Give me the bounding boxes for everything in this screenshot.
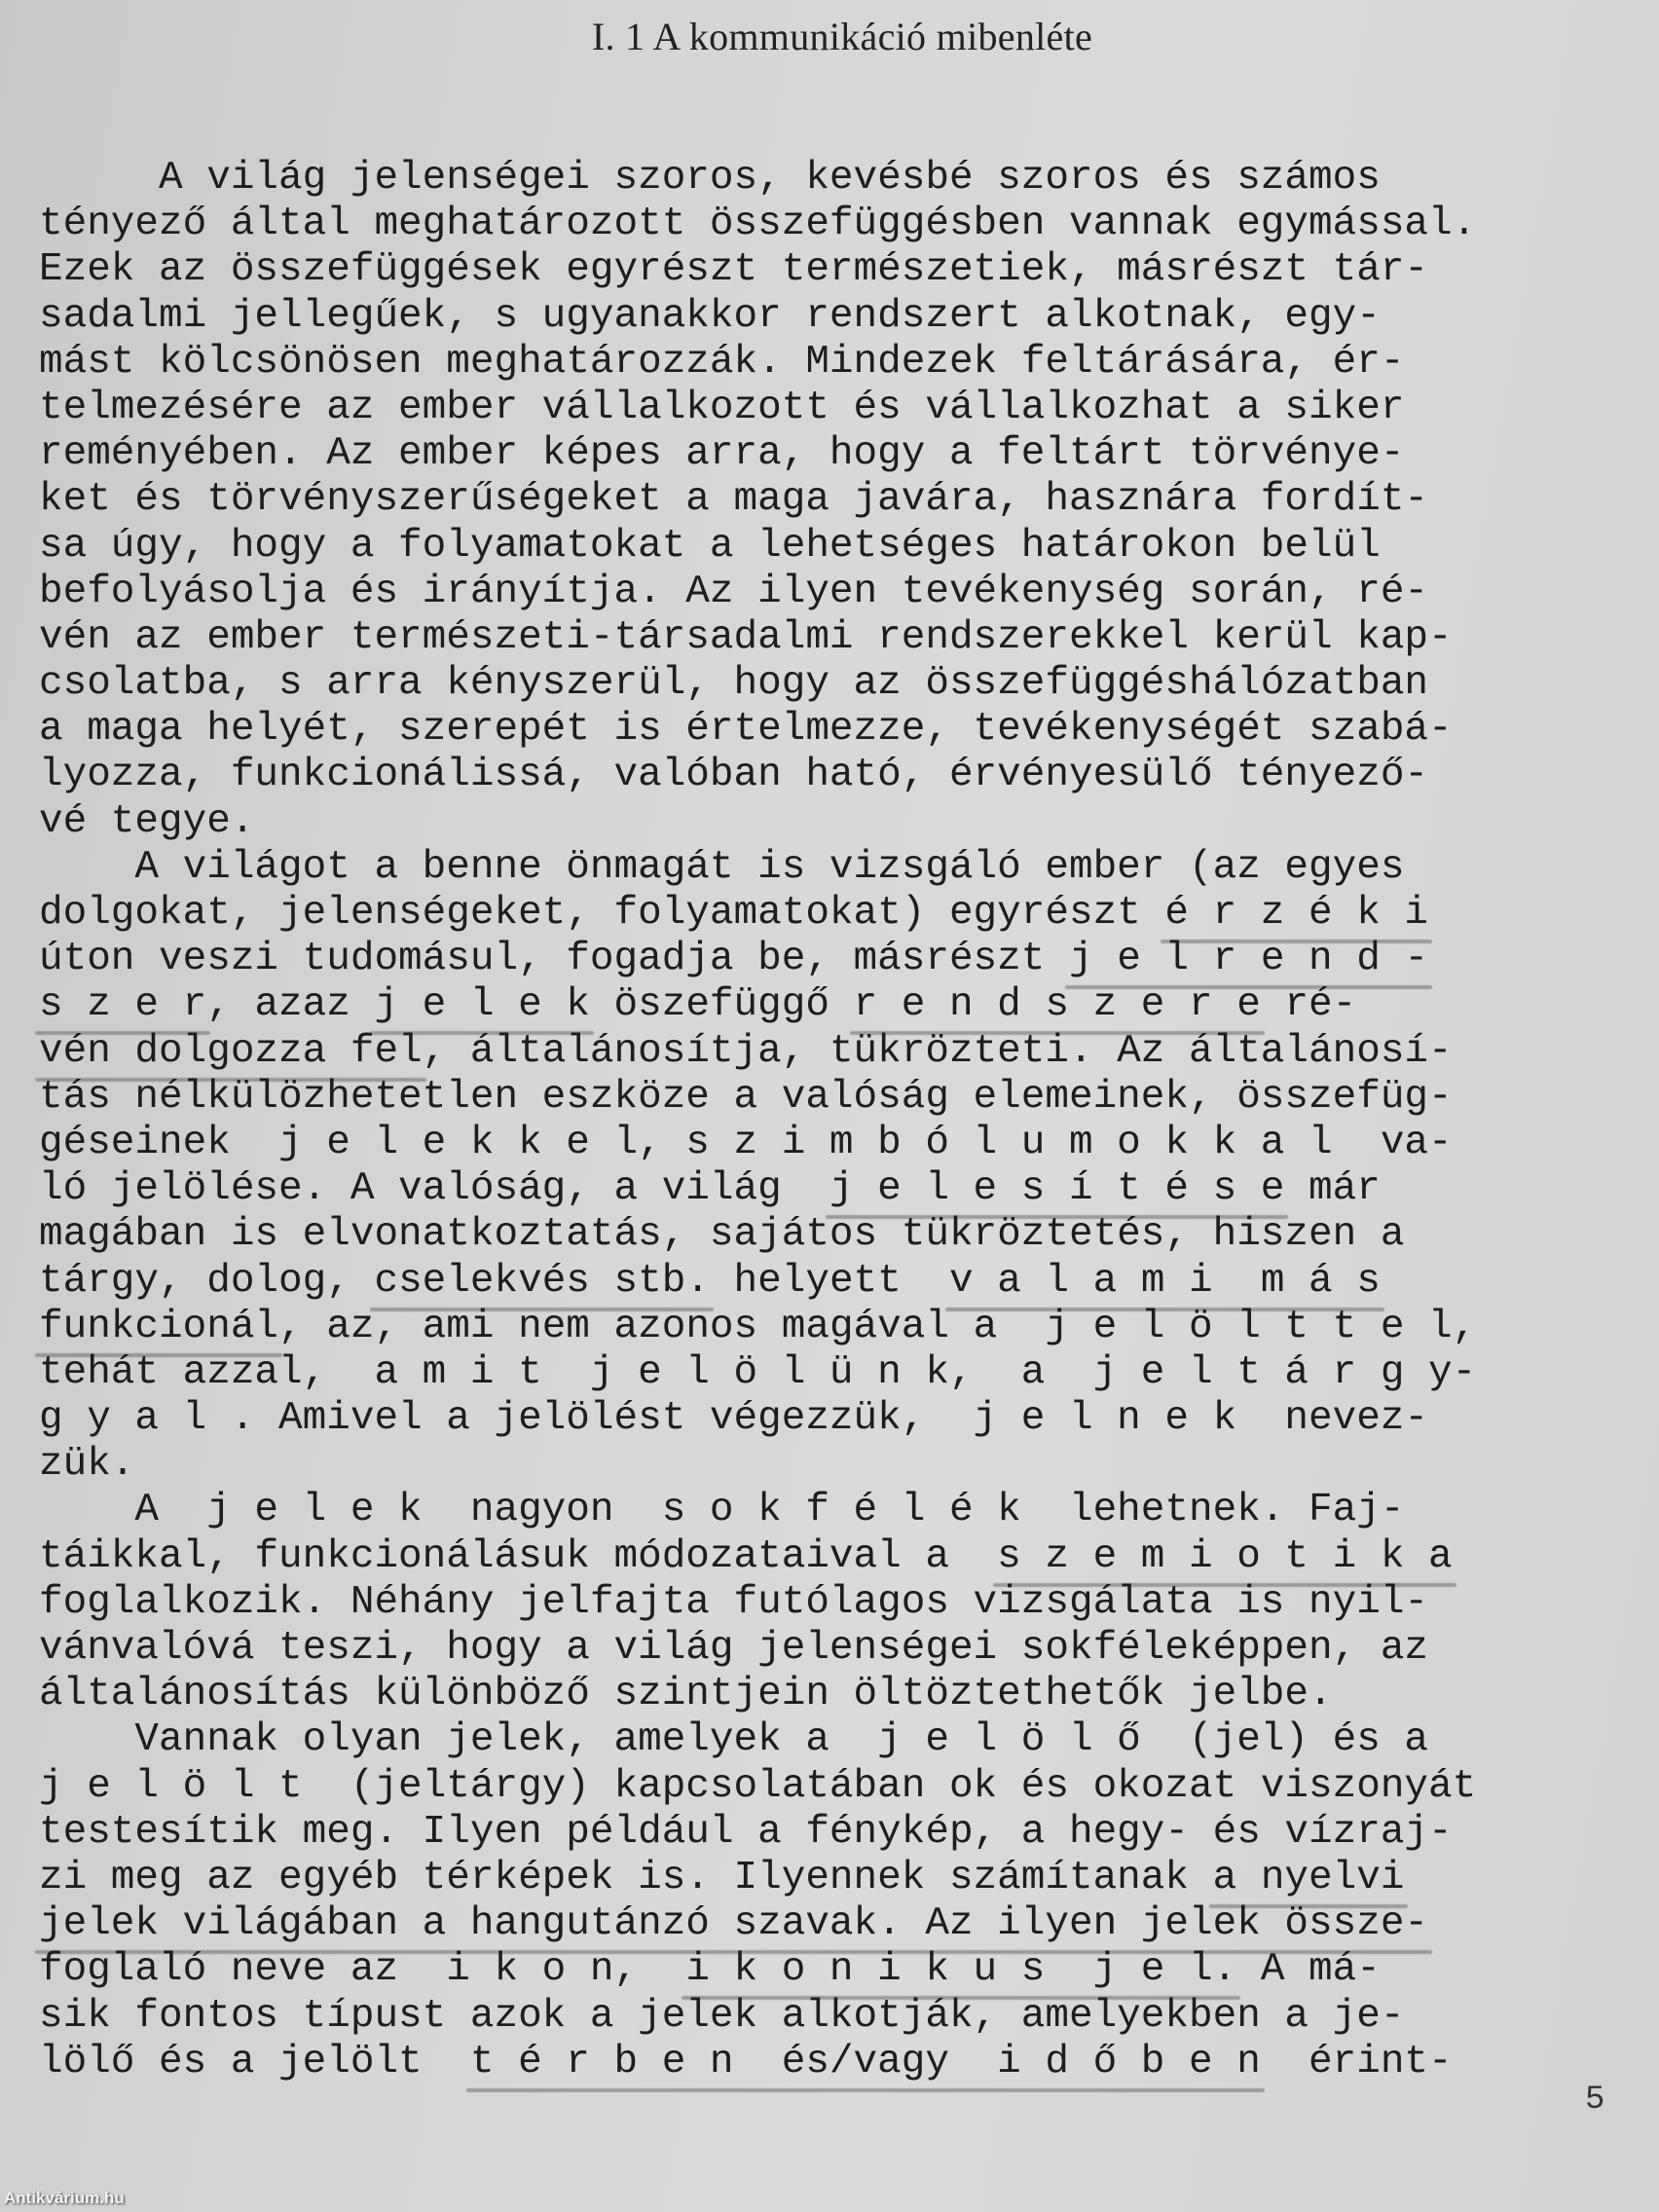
text-segment: vé tegye. xyxy=(39,799,254,844)
text-line: foglalkozik. Néhány jelfajta futólagos v… xyxy=(39,1580,1655,1626)
text-line: zi meg az egyéb térképek is. Ilyennek sz… xyxy=(39,1856,1655,1901)
text-line: lölő és a jelölt t é r b e n és/vagy i d… xyxy=(39,2040,1655,2085)
text-segment: dolgokat, jelenségeket, folyamatokat) eg… xyxy=(39,891,1164,936)
text-segment: helyett xyxy=(710,1259,949,1304)
text-segment: tás nélkülözhetetlen eszköze a valóság e… xyxy=(39,1075,1453,1120)
text-segment: zi meg az egyéb térképek is. Ilyennek sz… xyxy=(39,1856,1213,1900)
text-segment: ló jelölése. A valóság, a világ xyxy=(39,1166,829,1211)
text-line: vén dolgozza fel, általánosítja, tükrözt… xyxy=(39,1029,1655,1075)
text-line: A világot a benne önmagát is vizsgáló em… xyxy=(39,845,1655,891)
text-segment: a maga helyét, szerepét is értelmezze, t… xyxy=(39,707,1453,752)
text-segment: testesítik meg. Ilyen például a fénykép,… xyxy=(39,1810,1453,1855)
pencil-underline: t é r b e n és/vagy i d ő b e n xyxy=(470,2040,1261,2084)
text-segment: már xyxy=(1284,1166,1380,1211)
text-segment: , azaz xyxy=(206,982,374,1027)
text-line: foglaló neve az i k o n, i k o n i k u s… xyxy=(39,1947,1655,1993)
text-segment: tehát azzal, a m i t j e l ö l ü n k, a … xyxy=(39,1350,1476,1395)
text-line: befolyásolja és irányítja. Az ilyen tevé… xyxy=(39,570,1655,615)
text-segment: úton veszi tudomásul, fogadja be, másrés… xyxy=(39,937,1069,981)
text-segment: A j e l e k nagyon s o k f é l é k lehet… xyxy=(39,1488,1404,1532)
text-line: sadalmi jellegűek, s ugyanakkor rendszer… xyxy=(39,294,1655,340)
text-segment: ket és törvényszerűségeket a maga javára… xyxy=(39,477,1428,522)
text-line: géseinek j e l e k k e l, s z i m b ó l … xyxy=(39,1121,1655,1166)
pencil-underline: s z e m i o t i k a xyxy=(997,1534,1452,1579)
pencil-underline: j e l e k xyxy=(374,982,589,1027)
text-segment: vén az ember természeti-társadalmi rends… xyxy=(39,615,1453,660)
text-segment: ré- xyxy=(1261,982,1356,1027)
text-segment: öszefüggő xyxy=(590,982,854,1027)
pencil-underline: j e l e s í t é s e xyxy=(829,1166,1284,1211)
text-segment: foglaló neve az i k o n, xyxy=(39,1947,685,1992)
text-line: jelek világában a hangutánzó szavak. Az … xyxy=(39,1901,1655,1947)
pencil-underline: é r z é k i xyxy=(1164,891,1428,936)
text-line: táikkal, funkcionálásuk módozataival a s… xyxy=(39,1534,1655,1580)
text-line: zük. xyxy=(39,1442,1655,1488)
text-segment: A világ jelenségei szoros, kevésbé szoro… xyxy=(39,156,1381,201)
text-line: reményében. Az ember képes arra, hogy a … xyxy=(39,431,1655,477)
text-line: Ezek az összefüggések egyrészt természet… xyxy=(39,247,1655,293)
text-line: lyozza, funkcionálissá, valóban ható, ér… xyxy=(39,753,1655,798)
chapter-title: I. 1 A kommunikáció mibenléte xyxy=(0,14,1659,59)
text-line: funkcionál, az, ami nem azonos magával a… xyxy=(39,1305,1655,1350)
pencil-underline: j e l r e n d - xyxy=(1069,937,1428,981)
text-line: telmezésére az ember vállalkozott és vál… xyxy=(39,386,1655,431)
text-segment: , az, ami nem azonos magával a j e l ö l… xyxy=(278,1305,1476,1349)
pencil-underline: funkcionál xyxy=(39,1305,278,1349)
pencil-underline: cselekvés stb. xyxy=(374,1259,709,1304)
text-segment: érint- xyxy=(1261,2040,1453,2084)
text-line: mást kölcsönösen meghatározzák. Mindezek… xyxy=(39,340,1655,386)
text-segment: sik fontos típust azok a jelek alkotják,… xyxy=(39,1994,1404,2039)
text-segment: géseinek j e l e k k e l, s z i m b ó l … xyxy=(39,1121,1453,1165)
text-line: A j e l e k nagyon s o k f é l é k lehet… xyxy=(39,1488,1655,1533)
pencil-underline: i k o n i k u s j e l. xyxy=(685,1947,1236,1992)
pencil-underline: s z e r xyxy=(39,982,206,1027)
text-segment: foglalkozik. Néhány jelfajta futólagos v… xyxy=(39,1580,1428,1625)
text-segment: sa úgy, hogy a folyamatokat a lehetséges… xyxy=(39,524,1381,569)
text-line: tényező által meghatározott összefüggésb… xyxy=(39,202,1655,247)
text-segment: , általánosítja, tükrözteti. Az általáno… xyxy=(423,1029,1453,1074)
text-segment: lyozza, funkcionálissá, valóban ható, ér… xyxy=(39,753,1428,797)
text-segment: Vannak olyan jelek, amelyek a j e l ö l … xyxy=(39,1717,1428,1762)
watermark-logo: Antikvárium.hu xyxy=(4,2189,125,2208)
text-line: ló jelölése. A valóság, a világ j e l e … xyxy=(39,1166,1655,1212)
text-segment: táikkal, funkcionálásuk módozataival a xyxy=(39,1534,997,1579)
text-segment: A világot a benne önmagát is vizsgáló em… xyxy=(39,845,1404,890)
text-line: a maga helyét, szerepét is értelmezze, t… xyxy=(39,707,1655,753)
page-number: 5 xyxy=(1585,2082,1604,2119)
pencil-underline: jelek világában a hangutánzó szavak. Az … xyxy=(39,1901,1428,1946)
text-segment: j e l ö l t (jeltárgy) kapcsolatában ok … xyxy=(39,1764,1476,1809)
text-line: testesítik meg. Ilyen például a fénykép,… xyxy=(39,1810,1655,1856)
text-segment: tárgy, dolog, xyxy=(39,1259,374,1304)
text-segment: mást kölcsönösen meghatározzák. Mindezek… xyxy=(39,340,1404,385)
text-segment: befolyásolja és irányítja. Az ilyen tevé… xyxy=(39,570,1428,614)
text-line: dolgokat, jelenségeket, folyamatokat) eg… xyxy=(39,891,1655,937)
text-line: vé tegye. xyxy=(39,799,1655,845)
text-line: magában is elvonatkoztatás, sajátos tükr… xyxy=(39,1212,1655,1258)
text-line: ket és törvényszerűségeket a maga javára… xyxy=(39,477,1655,523)
text-line: csolatba, s arra kényszerül, hogy az öss… xyxy=(39,661,1655,707)
text-line: általánosítás különböző szintjein öltözt… xyxy=(39,1672,1655,1717)
text-line: tárgy, dolog, cselekvés stb. helyett v a… xyxy=(39,1259,1655,1305)
text-segment: zük. xyxy=(39,1442,134,1487)
text-line: úton veszi tudomásul, fogadja be, másrés… xyxy=(39,937,1655,982)
text-line: Vannak olyan jelek, amelyek a j e l ö l … xyxy=(39,1717,1655,1763)
text-segment: vánvalóvá teszi, hogy a világ jelenségei… xyxy=(39,1626,1428,1671)
text-segment: g y a l . Amivel a jelölést végezzük, j … xyxy=(39,1396,1428,1441)
text-line: s z e r, azaz j e l e k öszefüggő r e n … xyxy=(39,982,1655,1028)
text-segment: sadalmi jellegűek, s ugyanakkor rendszer… xyxy=(39,294,1381,339)
text-segment: magában is elvonatkoztatás, sajátos tükr… xyxy=(39,1212,1404,1257)
text-line: A világ jelenségei szoros, kevésbé szoro… xyxy=(39,156,1655,202)
text-line: sa úgy, hogy a folyamatokat a lehetséges… xyxy=(39,524,1655,570)
text-line: vánvalóvá teszi, hogy a világ jelenségei… xyxy=(39,1626,1655,1672)
pencil-underline: vén dolgozza fel xyxy=(39,1029,423,1074)
text-segment: tényező által meghatározott összefüggésb… xyxy=(39,202,1476,246)
pencil-underline: a nyelvi xyxy=(1213,1856,1405,1900)
text-line: vén az ember természeti-társadalmi rends… xyxy=(39,615,1655,661)
text-line: j e l ö l t (jeltárgy) kapcsolatában ok … xyxy=(39,1764,1655,1810)
text-segment: A má- xyxy=(1236,1947,1381,1992)
text-segment: lölő és a jelölt xyxy=(39,2040,470,2084)
pencil-underline: v a l a m i m á s xyxy=(949,1259,1381,1304)
text-line: g y a l . Amivel a jelölést végezzük, j … xyxy=(39,1396,1655,1442)
text-segment: általánosítás különböző szintjein öltözt… xyxy=(39,1672,1333,1716)
text-segment: csolatba, s arra kényszerül, hogy az öss… xyxy=(39,661,1428,706)
text-segment: reményében. Az ember képes arra, hogy a … xyxy=(39,431,1404,476)
text-line: tehát azzal, a m i t j e l ö l ü n k, a … xyxy=(39,1350,1655,1396)
pencil-underline: r e n d s z e r e xyxy=(854,982,1261,1027)
text-line: tás nélkülözhetetlen eszköze a valóság e… xyxy=(39,1075,1655,1121)
body-text: A világ jelenségei szoros, kevésbé szoro… xyxy=(39,156,1655,2085)
text-line: sik fontos típust azok a jelek alkotják,… xyxy=(39,1994,1655,2040)
text-segment: Ezek az összefüggések egyrészt természet… xyxy=(39,247,1428,292)
text-segment: telmezésére az ember vállalkozott és vál… xyxy=(39,386,1404,430)
